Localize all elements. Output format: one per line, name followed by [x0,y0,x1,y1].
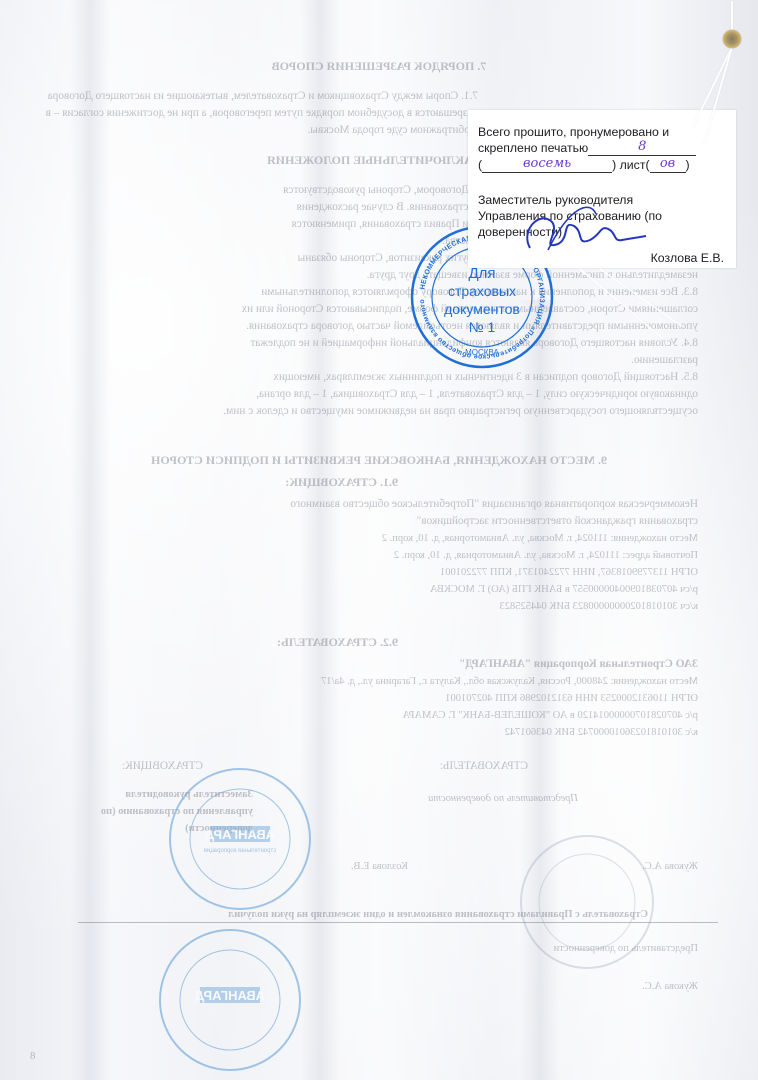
insurer-stamp-showthrough [517,832,657,972]
text-line: 8.5. Настоящий Договор подписан в 3 иден… [58,369,698,386]
sheet-suffix-field: ов [650,158,686,173]
stamp-line: документов [444,301,520,317]
label-line2: скреплено печатью8 [478,140,696,156]
label-line3: (восемь) лист(ов) [478,157,690,173]
policyholder-stamp-upper: АВАНГАРД строительная корпорация [165,764,315,914]
text-line: осуществляющего государственную регистра… [58,403,698,420]
text-line: к/сч 30101810200000000823 БИК 044525823 [58,598,698,615]
handwritten-suffix: ов [650,156,686,172]
text-line: ЗАО Строительная Корпорация "АВАНГАРД" [58,656,698,673]
stamp-line: страховых [448,283,516,299]
text-line: р/с 40702810700000014120 в АО "КОШЕЛЕВ-Б… [58,707,698,724]
text-line: Арбитражном суде города Москвы. [58,122,478,139]
text-line: Почтовый адрес: 111024, г. Москва, ул. А… [58,547,698,564]
label-text: ) лист( [612,158,649,172]
label-text: скреплено печатью [478,141,588,155]
label-text: ) [686,158,690,172]
policyholder-details: ЗАО Строительная Корпорация "АВАНГАРД" М… [58,656,698,741]
section9-heading: 9. МЕСТО НАХОЖДЕНИЯ, БАНКОВСКИЕ РЕКВИЗИТ… [0,452,758,469]
text-line: р/сч 40703810900400000557 в БАНК ГПБ (АО… [58,581,698,598]
text-line: ОГРН 1137799018367, ИНН 7722401371, КПП … [58,564,698,581]
signer-name: Козлова Е.В. [651,250,724,266]
sign-left-name: Козлова Е.В. [351,858,408,875]
insurer-heading: 9.1. СТРАХОВЩИК: [285,474,398,491]
text-line: ОГРН 1106312000253 ИНН 6312102986 КПП 40… [58,690,698,707]
pages-digit-field: 8 [588,141,696,156]
stamp-logo-subtitle: строительная корпорация [204,848,276,854]
policyholder-stamp-lower: АВАНГАРД [155,925,305,1075]
text-line: Некоммерческая корпоративная организация… [58,496,698,513]
text-line: 8.4. Условия настоящего Договора являютс… [58,335,698,352]
sign-right-title: Представитель по доверенности [428,790,578,807]
handwritten-digits: 8 [588,139,696,155]
handwritten-words: восемь [482,156,612,172]
insurer-details: Некоммерческая корпоративная организация… [58,496,698,615]
text-line: разглашению. [58,352,698,369]
text-line: 7.1. Споры между Страховщиком и Страхова… [58,88,478,105]
pages-words-field: восемь [482,158,612,173]
binding-grommet [723,30,741,48]
signature [510,200,650,260]
text-line: соглашениями Сторон, составленными в пис… [58,301,698,318]
text-line: уполномоченными представителями и являют… [58,318,698,335]
label-line1: Всего прошито, пронумеровано и [478,124,669,140]
text-line: Место нахождения: 111024, г. Москва, ул.… [58,530,698,547]
ack-sign-name: Жукова А.С. [642,978,698,995]
stamp-logo-text: АВАНГАРД [204,827,275,842]
stamp-logo-text: АВАНГАРД [194,988,265,1003]
text-line: разрешаются в досудебном порядке путем п… [58,105,478,122]
stamp-city: МОСКВА [465,348,499,357]
text-line: страхования гражданской ответственности … [58,513,698,530]
text-line: к/с 30101810236010000742 БИК 043601742 [58,724,698,741]
text-line: Место нахождения: 248000, Россия, Калужс… [58,673,698,690]
section7-body: 7.1. Споры между Страховщиком и Страхова… [58,88,478,139]
sign-right-heading: СТРАХОВАТЕЛЬ: [440,758,528,775]
policyholder-heading: 9.2. СТРАХОВАТЕЛЬ: [277,634,398,651]
page-number: 8 [30,1050,36,1062]
text-line: одинаковую юридическую силу, 1 – для Стр… [58,386,698,403]
section7-heading: 7. ПОРЯДОК РАЗРЕШЕНИЯ СПОРОВ [0,58,758,75]
stamp-line: № 1 [469,319,496,335]
